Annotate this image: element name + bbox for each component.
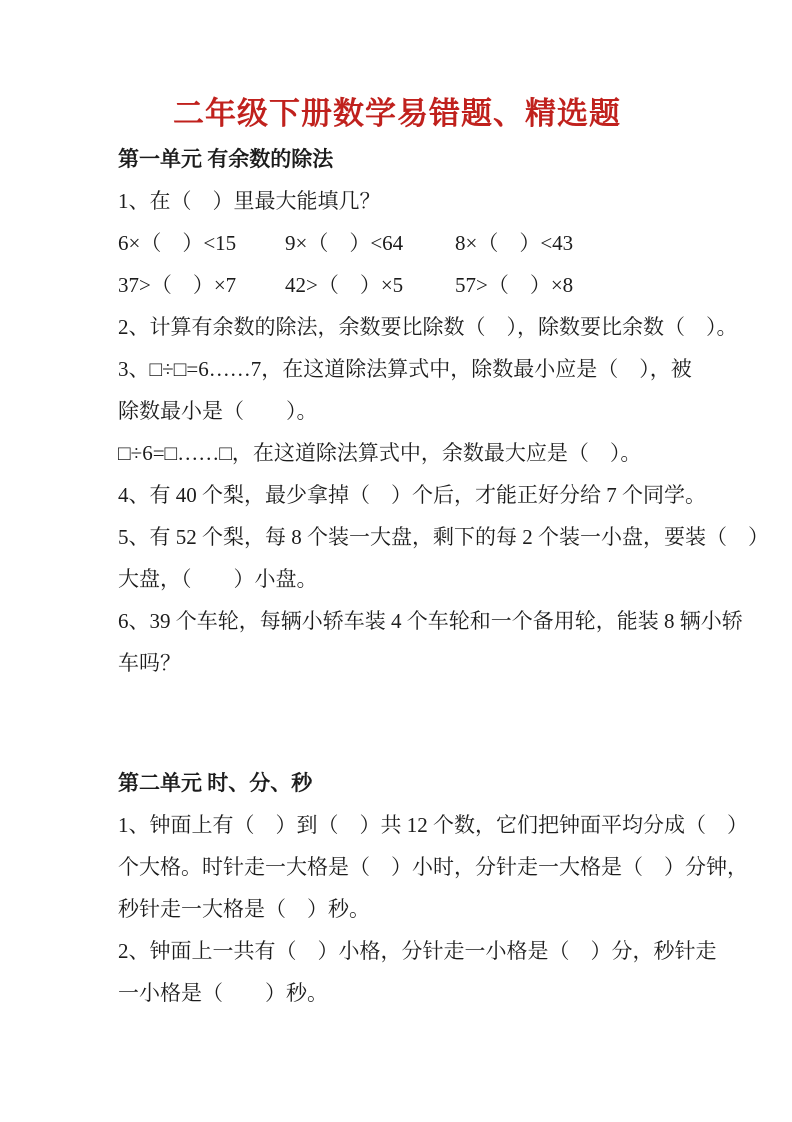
question-line: 2、计算有余数的除法，余数要比除数（ ），除数要比余数（ ）。 [118, 306, 676, 348]
question-line: 1、在（ ）里最大能填几？ [118, 180, 676, 222]
question-line: 大盘，（ ）小盘。 [118, 558, 676, 600]
equation-row: 6×（ ）<159×（ ）<648×（ ）<43 [118, 222, 676, 264]
document-body: 二年级下册数学易错题、精选题 第一单元 有余数的除法1、在（ ）里最大能填几？6… [118, 0, 676, 1014]
question-line: 3、□÷□=6……7，在这道除法算式中，除数最小应是（ ），被 [118, 348, 676, 390]
question-line: 车吗？ [118, 642, 676, 684]
question-line: 个大格。时针走一大格是（ ）小时，分针走一大格是（ ）分钟， [118, 846, 676, 888]
question-line: □÷6=□……□，在这道除法算式中，余数最大应是（ ）。 [118, 432, 676, 474]
question-line: 4、有 40 个梨，最少拿掉（ ）个后，才能正好分给 7 个同学。 [118, 474, 676, 516]
question-line: 6、39 个车轮，每辆小轿车装 4 个车轮和一个备用轮，能装 8 辆小轿 [118, 600, 676, 642]
question-line: 5、有 52 个梨，每 8 个装一大盘，剩下的每 2 个装一小盘，要装（ ） [118, 516, 676, 558]
document-content: 第一单元 有余数的除法1、在（ ）里最大能填几？6×（ ）<159×（ ）<64… [118, 138, 676, 1014]
equation-row: 37>（ ）×742>（ ）×557>（ ）×8 [118, 264, 676, 306]
question-line: 2、钟面上一共有（ ）小格，分针走一小格是（ ）分，秒针走 [118, 930, 676, 972]
section-gap [118, 684, 676, 762]
equation-item: 37>（ ）×7 [118, 264, 285, 306]
section-heading: 第一单元 有余数的除法 [118, 138, 676, 180]
equation-item: 8×（ ）<43 [455, 222, 573, 264]
equation-item: 9×（ ）<64 [285, 222, 455, 264]
document-title: 二年级下册数学易错题、精选题 [118, 0, 676, 132]
question-line: 秒针走一大格是（ ）秒。 [118, 888, 676, 930]
worksheet-page: 二年级下册数学易错题、精选题 第一单元 有余数的除法1、在（ ）里最大能填几？6… [0, 0, 792, 1122]
section-heading: 第二单元 时、分、秒 [118, 762, 676, 804]
equation-item: 57>（ ）×8 [455, 264, 573, 306]
question-line: 1、钟面上有（ ）到（ ）共 12 个数，它们把钟面平均分成（ ） [118, 804, 676, 846]
question-line: 一小格是（ ）秒。 [118, 972, 676, 1014]
equation-item: 6×（ ）<15 [118, 222, 285, 264]
equation-item: 42>（ ）×5 [285, 264, 455, 306]
question-line: 除数最小是（ ）。 [118, 390, 676, 432]
